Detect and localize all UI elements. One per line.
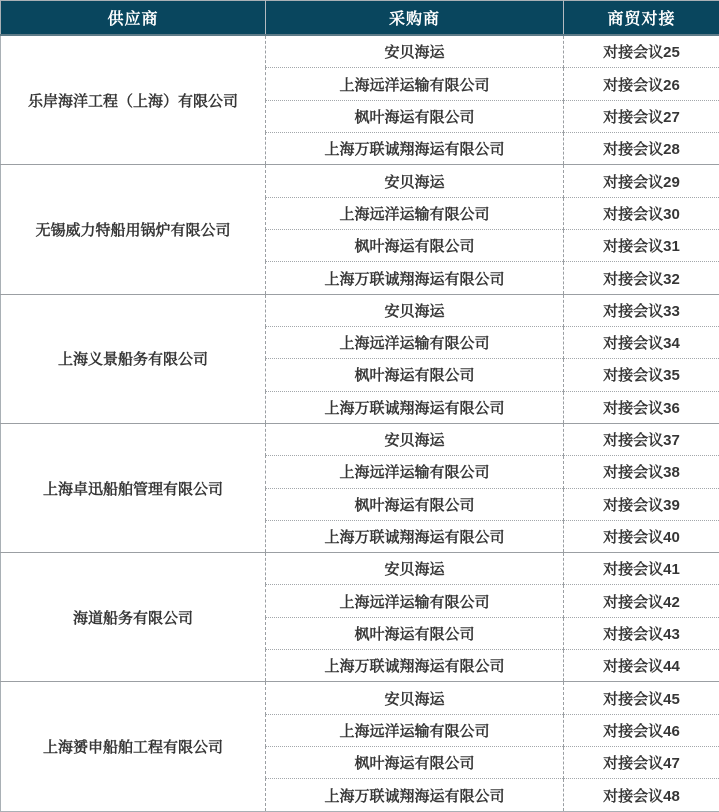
purchaser-cell: 安贝海运: [266, 553, 564, 585]
meeting-cell: 对接会议31: [564, 230, 719, 262]
supplier-cell: 无锡威力特船用锅炉有限公司: [1, 165, 266, 294]
table-row: 上海赟申船舶工程有限公司 安贝海运 对接会议45: [1, 682, 719, 714]
matchmaking-table: 供应商 采购商 商贸对接 乐岸海洋工程（上海）有限公司 安贝海运 对接会议25 …: [0, 0, 719, 812]
purchaser-cell: 上海远洋运输有限公司: [266, 585, 564, 617]
purchaser-cell: 安贝海运: [266, 682, 564, 714]
meeting-cell: 对接会议29: [564, 165, 719, 197]
header-matchmaking: 商贸对接: [564, 1, 719, 36]
header-supplier: 供应商: [1, 1, 266, 36]
table-row: 上海卓迅船舶管理有限公司 安贝海运 对接会议37: [1, 423, 719, 455]
header-row: 供应商 采购商 商贸对接: [1, 1, 719, 36]
meeting-cell: 对接会议42: [564, 585, 719, 617]
purchaser-cell: 上海万联诚翔海运有限公司: [266, 779, 564, 812]
meeting-cell: 对接会议40: [564, 520, 719, 552]
purchaser-cell: 上海万联诚翔海运有限公司: [266, 520, 564, 552]
purchaser-cell: 上海远洋运输有限公司: [266, 326, 564, 358]
purchaser-cell: 枫叶海运有限公司: [266, 488, 564, 520]
meeting-cell: 对接会议25: [564, 35, 719, 68]
supplier-cell: 上海义景船务有限公司: [1, 294, 266, 423]
meeting-cell: 对接会议27: [564, 100, 719, 132]
meeting-cell: 对接会议45: [564, 682, 719, 714]
meeting-cell: 对接会议47: [564, 747, 719, 779]
purchaser-cell: 上海远洋运输有限公司: [266, 68, 564, 100]
supplier-cell: 上海赟申船舶工程有限公司: [1, 682, 266, 812]
meeting-cell: 对接会议39: [564, 488, 719, 520]
purchaser-cell: 枫叶海运有限公司: [266, 230, 564, 262]
header-purchaser: 采购商: [266, 1, 564, 36]
purchaser-cell: 枫叶海运有限公司: [266, 617, 564, 649]
purchaser-cell: 上海万联诚翔海运有限公司: [266, 133, 564, 165]
meeting-cell: 对接会议28: [564, 133, 719, 165]
purchaser-cell: 上海远洋运输有限公司: [266, 197, 564, 229]
meeting-cell: 对接会议35: [564, 359, 719, 391]
meeting-cell: 对接会议43: [564, 617, 719, 649]
purchaser-cell: 枫叶海运有限公司: [266, 359, 564, 391]
purchaser-cell: 上海万联诚翔海运有限公司: [266, 391, 564, 423]
purchaser-cell: 枫叶海运有限公司: [266, 100, 564, 132]
supplier-cell: 海道船务有限公司: [1, 553, 266, 682]
meeting-cell: 对接会议41: [564, 553, 719, 585]
table-row: 海道船务有限公司 安贝海运 对接会议41: [1, 553, 719, 585]
meeting-cell: 对接会议34: [564, 326, 719, 358]
purchaser-cell: 上海万联诚翔海运有限公司: [266, 262, 564, 294]
meeting-cell: 对接会议33: [564, 294, 719, 326]
purchaser-cell: 上海远洋运输有限公司: [266, 456, 564, 488]
purchaser-cell: 安贝海运: [266, 423, 564, 455]
meeting-cell: 对接会议46: [564, 714, 719, 746]
meeting-cell: 对接会议44: [564, 650, 719, 682]
meeting-cell: 对接会议48: [564, 779, 719, 812]
purchaser-cell: 安贝海运: [266, 35, 564, 68]
purchaser-cell: 上海万联诚翔海运有限公司: [266, 650, 564, 682]
table-row: 无锡威力特船用锅炉有限公司 安贝海运 对接会议29: [1, 165, 719, 197]
table-row: 上海义景船务有限公司 安贝海运 对接会议33: [1, 294, 719, 326]
meeting-cell: 对接会议26: [564, 68, 719, 100]
meeting-cell: 对接会议36: [564, 391, 719, 423]
meeting-cell: 对接会议32: [564, 262, 719, 294]
purchaser-cell: 枫叶海运有限公司: [266, 747, 564, 779]
purchaser-cell: 安贝海运: [266, 165, 564, 197]
purchaser-cell: 上海远洋运输有限公司: [266, 714, 564, 746]
purchaser-cell: 安贝海运: [266, 294, 564, 326]
meeting-cell: 对接会议38: [564, 456, 719, 488]
meeting-cell: 对接会议37: [564, 423, 719, 455]
table-row: 乐岸海洋工程（上海）有限公司 安贝海运 对接会议25: [1, 35, 719, 68]
meeting-cell: 对接会议30: [564, 197, 719, 229]
supplier-cell: 上海卓迅船舶管理有限公司: [1, 423, 266, 552]
supplier-cell: 乐岸海洋工程（上海）有限公司: [1, 35, 266, 165]
